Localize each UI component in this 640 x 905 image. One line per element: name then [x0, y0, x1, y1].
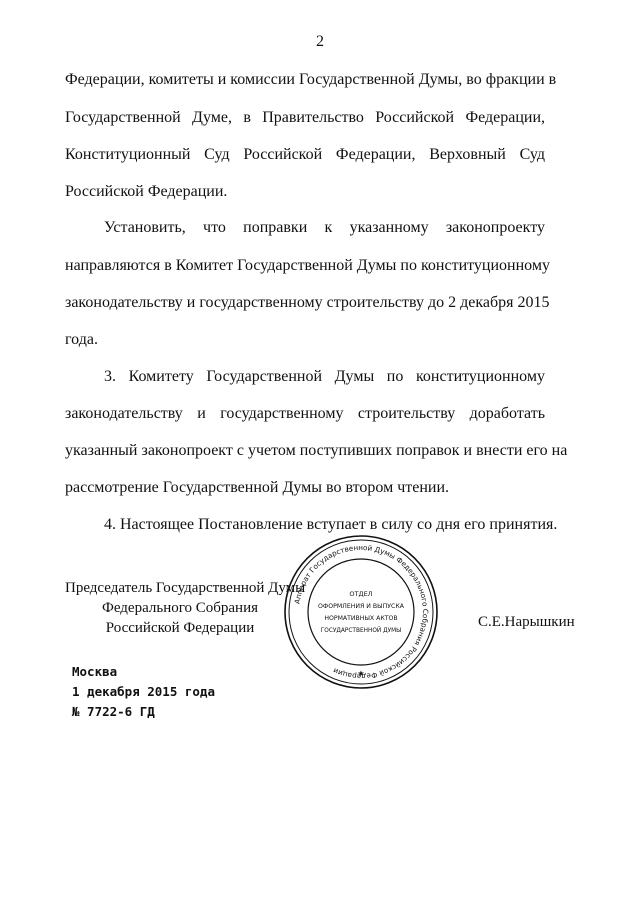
seal-star-icon: ★ [357, 669, 364, 678]
document-number: № 7722-6 ГД [72, 704, 155, 719]
text-line: Установить, что поправки к указанному за… [104, 218, 545, 238]
text-line: указанный законопроект с учетом поступив… [65, 441, 545, 461]
text-line: Российской Федерации. [65, 182, 545, 202]
text-line: Государственной Думе, в Правительство Ро… [65, 108, 545, 128]
seal-center-line: ОТДЕЛ [349, 590, 372, 598]
page-number: 2 [0, 33, 640, 51]
signatory-title-line: Федерального Собрания [65, 598, 295, 618]
text-line: законодательству и государственному стро… [65, 293, 545, 313]
seal-center-line: НОРМАТИВНЫХ АКТОВ [324, 615, 397, 622]
text-line: Федерации, комитеты и комиссии Государст… [65, 70, 545, 90]
signatory-name: С.Е.Нарышкин [478, 614, 575, 631]
official-seal-icon: Аппарат Государственной Думы Федеральног… [283, 534, 439, 690]
text-line: направляются в Комитет Государственной Д… [65, 256, 545, 276]
signatory-title-line: Российской Федерации [65, 618, 295, 638]
text-line: законодательству и государственному стро… [65, 404, 545, 424]
text-line: Конституционный Суд Российской Федерации… [65, 145, 545, 165]
text-line: года. [65, 330, 545, 350]
seal-center-line: ГОСУДАРСТВЕННОЙ ДУМЫ [321, 627, 402, 634]
document-date: 1 декабря 2015 года [72, 684, 215, 699]
text-line: 3. Комитету Государственной Думы по конс… [104, 367, 545, 387]
signatory-title-line: Председатель Государственной Думы [65, 578, 295, 598]
seal-ring-text: Аппарат Государственной Думы Федеральног… [293, 543, 430, 681]
signatory-title: Председатель Государственной Думы Федера… [65, 578, 295, 638]
text-line: 4. Настоящее Постановление вступает в си… [104, 515, 545, 535]
text-line: рассмотрение Государственной Думы во вто… [65, 478, 545, 498]
seal-center-line: ОФОРМЛЕНИЯ И ВЫПУСКА [318, 603, 405, 610]
place-of-signing: Москва [72, 664, 117, 679]
